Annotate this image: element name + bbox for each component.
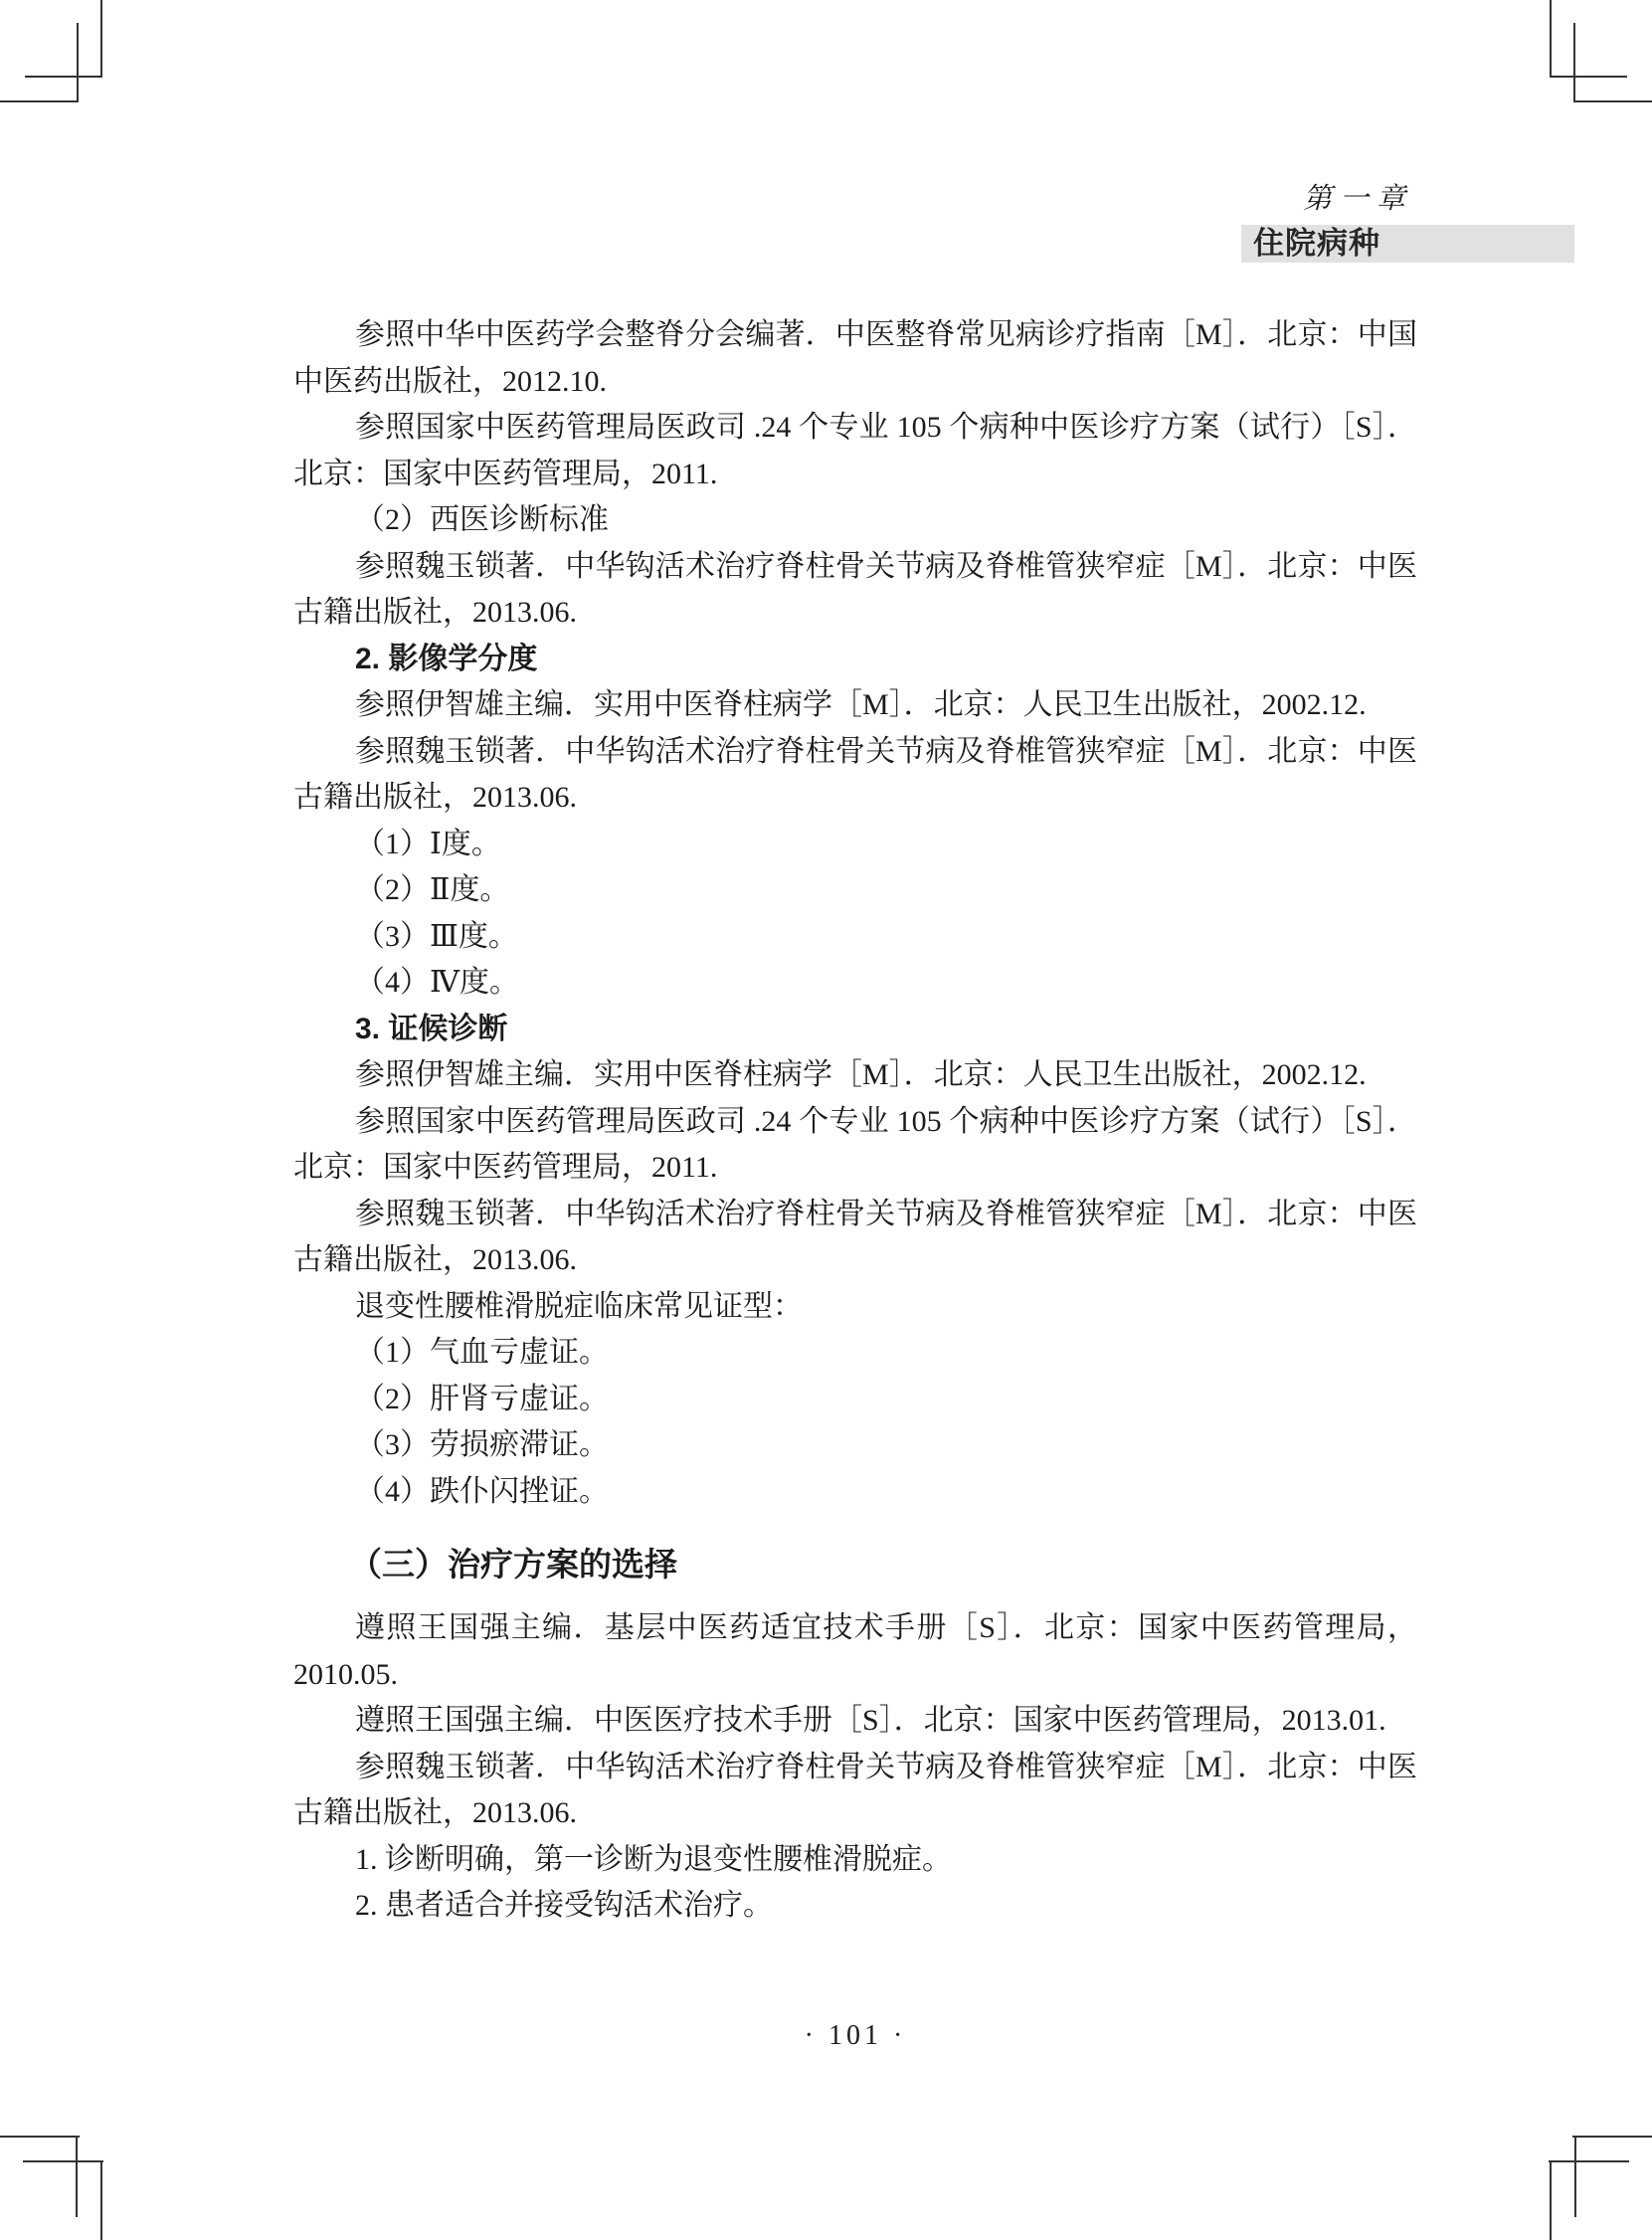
paragraph: 参照中华中医药学会整脊分会编著．中医整脊常见病诊疗指南［M］．北京：中国中医药出… [293, 312, 1417, 405]
paragraph: 参照魏玉锁著．中华钩活术治疗脊柱骨关节病及脊椎管狭窄症［M］．北京：中医古籍出版… [293, 1192, 1417, 1284]
crop-mark [1550, 0, 1552, 78]
paragraph: 参照魏玉锁著．中华钩活术治疗脊柱骨关节病及脊椎管狭窄症［M］．北京：中医古籍出版… [293, 544, 1417, 637]
chapter-title: 住院病种 [1241, 225, 1380, 263]
crop-mark [1550, 2160, 1552, 2240]
page: 第一章 住院病种 参照中华中医药学会整脊分会编著．中医整脊常见病诊疗指南［M］．… [0, 0, 1652, 2240]
paragraph: 1. 诊断明确，第一诊断为退变性腰椎滑脱症。 [293, 1837, 1417, 1884]
page-number: · 101 · [293, 2019, 1417, 2053]
crop-mark [1572, 2136, 1652, 2138]
paragraph: 参照国家中医药管理局医政司 .24 个专业 105 个病种中医诊疗方案（试行）［… [293, 1099, 1417, 1192]
paragraph: 遵照王国强主编．基层中医药适宜技术手册［S］．北京：国家中医药管理局，2010.… [293, 1605, 1417, 1698]
paragraph: 参照伊智雄主编．实用中医脊柱病学［M］．北京：人民卫生出版社，2002.12. [293, 1052, 1417, 1099]
chapter-title-box: 住院病种 [1241, 225, 1574, 263]
paragraph: （2）Ⅱ度。 [293, 867, 1417, 914]
crop-mark [1549, 2160, 1629, 2162]
crop-mark [1573, 100, 1652, 102]
paragraph: 参照魏玉锁著．中华钩活术治疗脊柱骨关节病及脊椎管狭窄症［M］．北京：中医古籍出版… [293, 729, 1417, 822]
paragraph: 参照伊智雄主编．实用中医脊柱病学［M］．北京：人民卫生出版社，2002.12. [293, 682, 1417, 729]
paragraph: 退变性腰椎滑脱症临床常见证型： [293, 1284, 1417, 1331]
crop-mark [1550, 76, 1627, 78]
crop-mark [1573, 23, 1575, 102]
paragraph: （4）Ⅳ度。 [293, 960, 1417, 1007]
paragraph: 参照国家中医药管理局医政司 .24 个专业 105 个病种中医诊疗方案（试行）［… [293, 405, 1417, 497]
crop-mark [23, 2160, 103, 2162]
paragraph: 参照魏玉锁著．中华钩活术治疗脊柱骨关节病及脊椎管狭窄症［M］．北京：中医古籍出版… [293, 1745, 1417, 1837]
crop-mark [100, 0, 102, 78]
sub-heading: 3. 证候诊断 [293, 1007, 1417, 1053]
section-heading: （三）治疗方案的选择 [293, 1545, 1417, 1585]
paragraph: （2）肝肾亏虚证。 [293, 1377, 1417, 1423]
paragraph: （4）跌仆闪挫证。 [293, 1469, 1417, 1516]
crop-mark [76, 2136, 78, 2217]
crop-mark [0, 2136, 80, 2138]
paragraph: （3）劳损瘀滞证。 [293, 1422, 1417, 1469]
paragraph: （3）Ⅲ度。 [293, 914, 1417, 961]
paragraph: （1）气血亏虚证。 [293, 1330, 1417, 1377]
paragraph: （2）西医诊断标准 [293, 497, 1417, 544]
sub-heading: 2. 影像学分度 [293, 637, 1417, 683]
chapter-label: 第一章 [1303, 182, 1413, 214]
crop-mark [77, 23, 79, 102]
crop-mark [1574, 2136, 1576, 2217]
crop-mark [100, 2160, 102, 2240]
paragraph: （1）Ⅰ度。 [293, 822, 1417, 868]
document-body: 参照中华中医药学会整脊分会编著．中医整脊常见病诊疗指南［M］．北京：中国中医药出… [293, 312, 1417, 1930]
crop-mark [0, 100, 79, 102]
paragraph: 遵照王国强主编．中医医疗技术手册［S］．北京：国家中医药管理局，2013.01. [293, 1698, 1417, 1745]
paragraph: 2. 患者适合并接受钩活术治疗。 [293, 1883, 1417, 1930]
crop-mark [25, 76, 102, 78]
